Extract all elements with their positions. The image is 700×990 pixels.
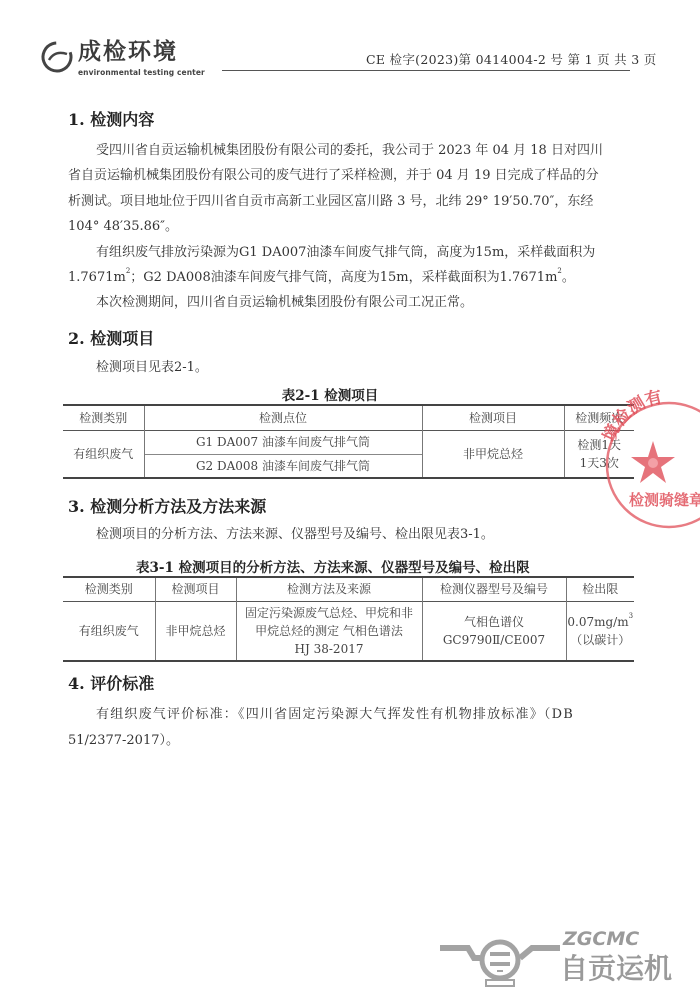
table-header: 检测类别 — [63, 405, 144, 430]
table-cell-category: 有组织废气 — [63, 601, 155, 661]
section-1-title: 1. 检测内容 — [68, 107, 154, 130]
method-line-3: HJ 38-2017 — [237, 640, 422, 658]
para2-line2: 1.7671m2；G2 DA008油漆车间废气排气筒，高度为15m，采样截面积为… — [68, 268, 575, 288]
method-line-2: 甲烷总烃的测定 气相色谱法 — [237, 622, 422, 640]
para2-line1: 有组织废气排放污染源为G1 DA007油漆车间废气排气筒，高度为15m，采样截面… — [96, 243, 595, 263]
section-3-title: 3. 检测分析方法及方法来源 — [68, 494, 266, 517]
company-logo: 成检环境 environmental testing center — [40, 38, 180, 78]
table-cell-item: 非甲烷总烃 — [155, 601, 236, 661]
table-2-1: 检测类别 检测点位 检测项目 检测频次 有组织废气 G1 DA007 油漆车间废… — [63, 404, 634, 479]
instrument-name: 气相色谱仪 — [423, 613, 566, 631]
para1-line1: 受四川省自贡运输机械集团股份有限公司的委托，我公司于 2023 年 04 月 1… — [96, 141, 603, 161]
table-header: 检出限 — [566, 577, 634, 601]
zgcmc-emblem-icon — [440, 936, 560, 988]
table-cell-category: 有组织废气 — [63, 430, 144, 478]
table-header: 检测类别 — [63, 577, 155, 601]
section-4-line2: 51/2377-2017）。 — [68, 731, 179, 751]
table-cell-point: G2 DA008 油漆车间废气排气筒 — [144, 454, 422, 478]
table-cell-method: 固定污染源废气总烃、甲烷和非 甲烷总烃的测定 气相色谱法 HJ 38-2017 — [236, 601, 422, 661]
logo-e-icon — [40, 40, 74, 74]
header-rule — [222, 70, 630, 71]
logo-chinese-name: 成检环境 — [78, 38, 178, 66]
table-header: 检测方法及来源 — [236, 577, 422, 601]
zgcmc-chinese: 自贡运机 — [560, 947, 672, 987]
stamp-seam-text: 检测骑缝章 — [629, 489, 700, 510]
para3: 本次检测期间，四川省自贡运输机械集团股份有限公司工况正常。 — [96, 293, 473, 313]
table-3-1: 检测类别 检测项目 检测方法及来源 检测仪器型号及编号 检出限 有组织废气 非甲… — [63, 576, 634, 662]
method-line-1: 固定污染源废气总烃、甲烷和非 — [237, 604, 422, 622]
section-4-title: 4. 评价标准 — [68, 671, 154, 694]
para1-line2: 省自贡运输机械集团股份有限公司的废气进行了采样检测，并于 04 月 19 日完成… — [68, 166, 599, 186]
zgcmc-logo: ZGCMC 自贡运机 — [440, 928, 700, 988]
table-header: 检测项目 — [422, 405, 564, 430]
section-2-title: 2. 检测项目 — [68, 326, 154, 349]
table-3-1-caption: 表3-1 检测项目的分析方法、方法来源、仪器型号及编号、检出限 — [136, 556, 530, 576]
section-4-line1: 有组织废气评价标准：《四川省固定污染源大气挥发性有机物排放标准》（DB — [96, 705, 574, 725]
table-cell-limit: 0.07mg/m3 （以碳计） — [566, 601, 634, 661]
table-header: 检测点位 — [144, 405, 422, 430]
svg-text:境检测有: 境检测有 — [599, 386, 665, 445]
section-3-intro: 检测项目的分析方法、方法来源、仪器型号及编号、检出限见表3-1。 — [96, 525, 494, 545]
para2-line2-text: ；G2 DA008油漆车间废气排气筒，高度为15m，采样截面积为1.7671m — [130, 270, 557, 285]
para1-line3: 析测试。项目地址位于四川省自贡市高新工业园区富川路 3 号，北纬 29° 19′… — [68, 192, 593, 212]
table-header: 检测项目 — [155, 577, 236, 601]
table-header: 检测仪器型号及编号 — [422, 577, 566, 601]
table-cell-point: G1 DA007 油漆车间废气排气筒 — [144, 430, 422, 454]
instrument-model: GC9790Ⅱ/CE007 — [423, 631, 566, 649]
limit-note: （以碳计） — [567, 631, 635, 649]
table-2-1-caption: 表2-1 检测项目 — [282, 388, 379, 404]
period: 。 — [562, 270, 575, 285]
para1-line4: 104° 48′35.86″。 — [68, 217, 178, 237]
limit-value: 0.07mg/m — [567, 615, 628, 629]
logo-english-name: environmental testing center — [78, 68, 205, 77]
seam-stamp: 境检测有 检测骑缝章 — [595, 385, 700, 535]
table-cell-item: 非甲烷总烃 — [422, 430, 564, 478]
section-2-intro: 检测项目见表2-1。 — [96, 358, 208, 378]
report-reference: CE 检字(2023)第 0414004-2 号 第 1 页 共 3 页 — [366, 50, 657, 68]
superscript: 3 — [629, 612, 633, 620]
table-cell-instrument: 气相色谱仪 GC9790Ⅱ/CE007 — [422, 601, 566, 661]
stamp-seal-icon: 境检测有 — [595, 385, 700, 535]
area-value-1: 1.7671m — [68, 270, 126, 285]
